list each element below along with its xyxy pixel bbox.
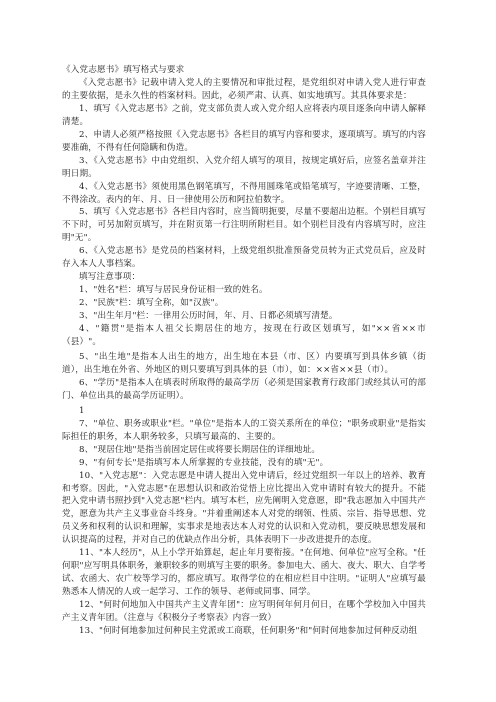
note-item: 7、"单位、职务或职业"栏。"单位"是指本人的工资关系所在的单位；"职务或职业"… bbox=[62, 418, 426, 444]
note-item: 1、"姓名"栏：填写与居民身份证相一致的姓名。 bbox=[62, 284, 426, 297]
note-item: 9、"有何专长"是指填写本人所掌握的专业技能，没有的填"无"。 bbox=[62, 457, 426, 470]
note-item: 5、"出生地"是指本人出生的地方，出生地在本县（市、区）内要填写到具体乡镇（街道… bbox=[62, 351, 426, 377]
note-item: 3、"出生年月"栏：一律用公历时间，年、月、日都必须填写清楚。 bbox=[62, 310, 426, 323]
note-item: 11、"本人经历"，从上小学开始算起，起止年月要衔接。"在何地、何单位"应写全称… bbox=[62, 547, 426, 599]
note-item: 10、"入党志愿"：入党志愿是申请人提出入党申请后，经过党组织一年以上的培养、教… bbox=[62, 470, 426, 548]
note-item: 12、"何时何地加入中国共产主义青年团"：应写明何年何月何日，在哪个学校加入中国… bbox=[62, 599, 426, 625]
note-item: 8、"现居住地"是指当前固定居住或将要长期居住的详细地址。 bbox=[62, 444, 426, 457]
requirement-item: 5、填写《入党志愿书》各栏目内容时，应当简明扼要，尽量不要超出边框。个别栏目填写… bbox=[62, 206, 426, 245]
requirement-item: 4、《入党志愿书》须使用黑色钢笔填写，不得用圆珠笔或铅笔填写，字迹要清晰、工整，… bbox=[62, 181, 426, 207]
requirement-item: 3、《入党志愿书》中由党组织、入党介绍人填写的项目，按规定填好后，应签名盖章并注… bbox=[62, 155, 426, 181]
requirement-item: 1、填写《入党志愿书》之前，党支部负责人或入党介绍人应将表内项目逐条向申请人解释… bbox=[62, 103, 426, 129]
note-item: 13、"何时何地参加过何种民主党派或工商联，任何职务"和"何时何地参加过何种反动… bbox=[62, 625, 426, 638]
document-title: 《入党志愿书》填写格式与要求 bbox=[62, 64, 426, 77]
note-item: 4、"籍贯"是指本人祖父长期居住的地方，按现在行政区划填写，如"××省××市（县… bbox=[62, 323, 426, 349]
intro-paragraph: 《入党志愿书》记载申请入党人的主要情况和审批过程，是党组织对申请入党人进行审查的… bbox=[62, 77, 426, 103]
document-page: 《入党志愿书》填写格式与要求 《入党志愿书》记载申请入党人的主要情况和审批过程，… bbox=[62, 64, 426, 638]
note-item: 6、"学历"是指本人在填表时所取得的最高学历（必须是国家教育行政部门或经其认可的… bbox=[62, 377, 426, 403]
requirement-item: 6、《入党志愿书》是党员的档案材料，上级党组织批准预备党员转为正式党员后，应及时… bbox=[62, 245, 426, 271]
page-number: 1 bbox=[62, 405, 426, 418]
notes-heading: 填写注意事项： bbox=[62, 271, 426, 284]
note-item: 2、"民族"栏：填写全称，如"汉族"。 bbox=[62, 297, 426, 310]
requirement-item: 2、申请人必须严格按照《入党志愿书》各栏目的填写内容和要求，逐项填写。填写的内容… bbox=[62, 129, 426, 155]
